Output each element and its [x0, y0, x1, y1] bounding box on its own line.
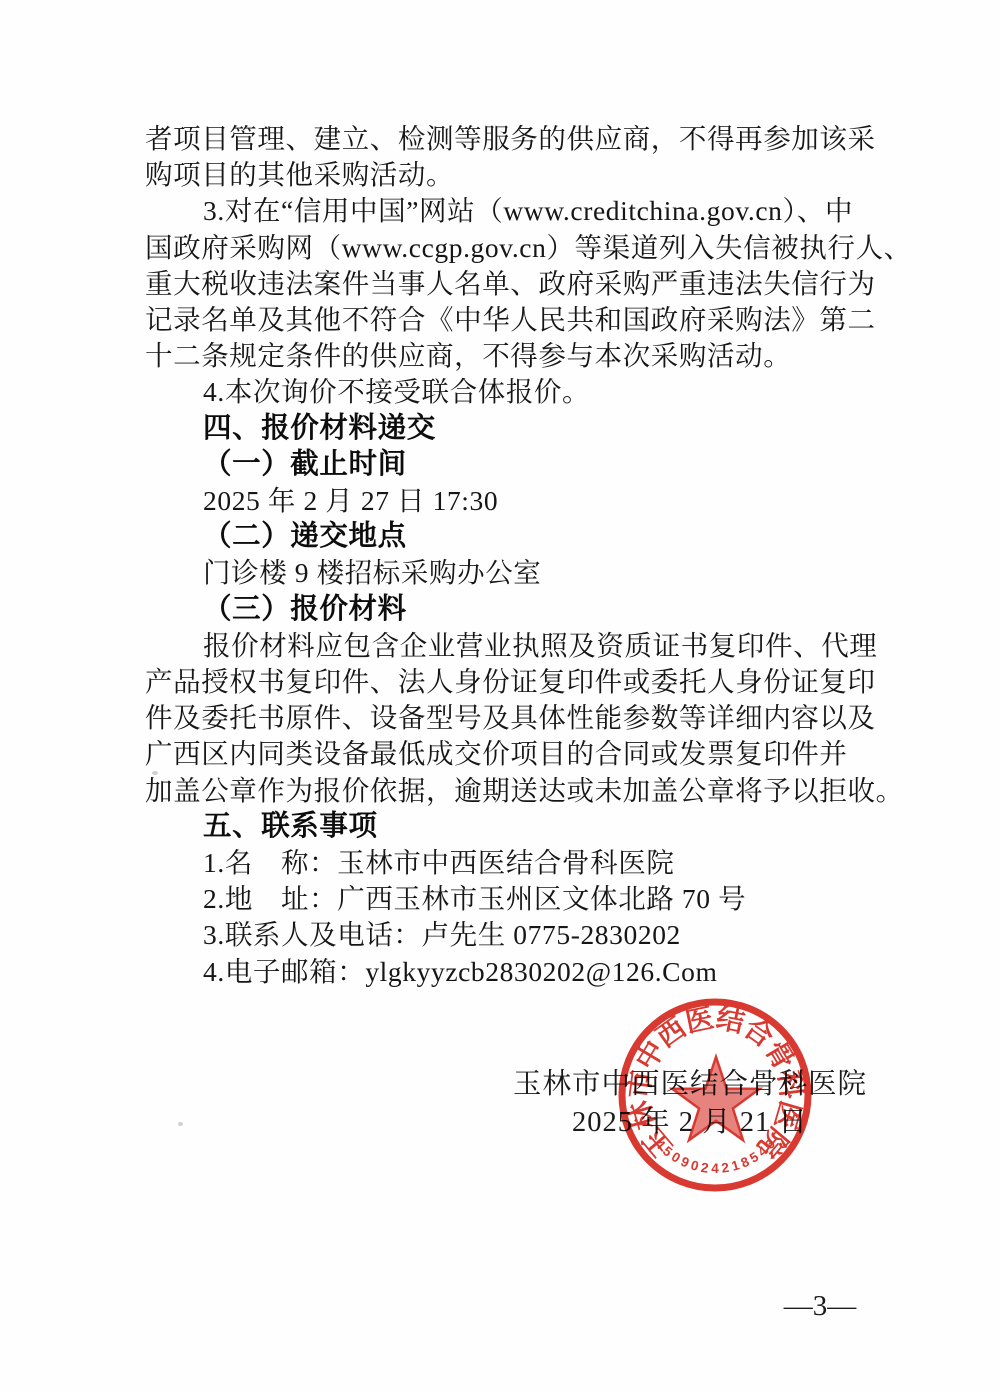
document-line: 者项目管理、建立、检测等服务的供应商，不得再参加该采: [145, 121, 869, 157]
scan-speck: [152, 771, 158, 775]
document-line: （一）截止时间: [145, 447, 869, 483]
seal-code-digit: 4: [711, 1161, 719, 1176]
document-line: 2.地 址：广西玉林市玉州区文体北路 70 号: [145, 881, 869, 917]
document-line: 件及委托书原件、设备型号及具体性能参数等详细内容以及: [145, 700, 869, 736]
document-line: 购项目的其他采购活动。: [145, 157, 869, 193]
official-seal-stamp: 玉林市中西医结合骨科医院 4509024218546: [595, 974, 835, 1214]
scan-speck: [178, 1122, 183, 1126]
document-body: 者项目管理、建立、检测等服务的供应商，不得再参加该采购项目的其他采购活动。3.对…: [145, 121, 869, 990]
document-line: （三）报价材料: [145, 592, 869, 628]
document-line: 产品授权书复印件、法人身份证复印件或委托人身份证复印: [145, 664, 869, 700]
seal-ring-char: 医: [683, 1002, 717, 1039]
seal-code-digit: 2: [721, 1160, 731, 1176]
document-line: 广西区内同类设备最低成交价项目的合同或发票复印件并: [145, 736, 869, 772]
document-line: （二）递交地点: [145, 519, 869, 555]
document-line: 门诊楼 9 楼招标采购办公室: [145, 555, 869, 591]
document-line: 四、报价材料递交: [145, 411, 869, 447]
document-line: 记录名单及其他不符合《中华人民共和国政府采购法》第二: [145, 302, 869, 338]
document-line: 3.联系人及电话：卢先生 0775-2830202: [145, 917, 869, 953]
document-line: 五、联系事项: [145, 809, 869, 845]
seal-ring-char: 科: [772, 1069, 807, 1101]
document-line: 加盖公章作为报价依据，逾期送达或未加盖公章将予以拒收。: [145, 773, 869, 809]
page-number: —3—: [760, 1290, 880, 1323]
document-line: 3.对在“信用中国”网站（www.creditchina.gov.cn）、中: [145, 193, 869, 229]
document-line: 报价材料应包含企业营业执照及资质证书复印件、代理: [145, 628, 869, 664]
seal-code-digit: 2: [700, 1160, 710, 1176]
document-line: 重大税收违法案件当事人名单、政府采购严重违法失信行为: [145, 266, 869, 302]
document-line: 1.名 称：玉林市中西医结合骨科医院: [145, 845, 869, 881]
document-line: 4.本次询价不接受联合体报价。: [145, 374, 869, 410]
document-line: 2025 年 2 月 27 日 17:30: [145, 483, 869, 519]
scanned-document-page: 者项目管理、建立、检测等服务的供应商，不得再参加该采购项目的其他采购活动。3.对…: [0, 0, 1000, 1391]
document-line: 国政府采购网（www.ccgp.gov.cn）等渠道列入失信被执行人、: [145, 230, 869, 266]
seal-code-digit: 0: [689, 1157, 700, 1173]
document-line: 十二条规定条件的供应商，不得参与本次采购活动。: [145, 338, 869, 374]
seal-star-icon: [672, 1057, 759, 1140]
